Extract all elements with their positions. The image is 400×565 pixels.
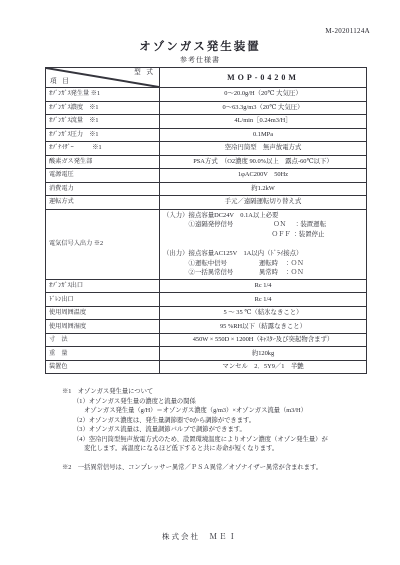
note1-heading: ※1 オゾンガス発生量について [62, 387, 372, 397]
note1-formula: オゾンガス発生量（g/H）＝オゾンガス濃度（g/m3）×オゾンガス流量（m3/H… [62, 406, 372, 416]
table-row: 使用周囲温度 5 ～ 35 ℃（結氷なきこと） [46, 306, 367, 320]
table-row: ｵｿﾞﾝｶﾞｽ濃度 ※1 0～63.3g/m3（20℃ 大気圧） [46, 101, 367, 115]
footnotes: ※1 オゾンガス発生量について （1）オゾンガス発生量の濃度と流量の関係 オゾン… [62, 387, 372, 473]
row-label: 消費電力 [46, 182, 160, 196]
page-subtitle: 参考仕様書 [0, 55, 400, 65]
table-row: 装置色 マンセル 2．5Y9／1 半艶 [46, 360, 367, 374]
note1-item4-line1: （4）空冷円筒型無声放電方式のため、設置環境温度によりオゾン濃度（オゾン発生量）… [62, 435, 372, 445]
row-value: マンセル 2．5Y9／1 半艶 [160, 360, 367, 374]
table-row: 寸 法 450W × 550D × 1200H（ｷｬｽﾀｰ及び突起物含まず） [46, 333, 367, 347]
spec-table: 型 式 項 目 MOP-0420M ｵｿﾞﾝｶﾞｽ発生量 ※1 0～20.0g/… [45, 67, 367, 374]
row-value: 450W × 550D × 1200H（ｷｬｽﾀｰ及び突起物含まず） [160, 333, 367, 347]
table-row: 電源電圧 1φAC200V 50Hz [46, 169, 367, 183]
model-number: MOP-0420M [160, 68, 367, 88]
table-row: ｵｿﾞﾝｶﾞｽ発生量 ※1 0～20.0g/H（20℃ 大気圧） [46, 88, 367, 102]
row-value: 約1.2kW [160, 182, 367, 196]
page-title: オゾンガス発生装置 [0, 38, 400, 54]
spec-sheet-page: M-20201124A オゾンガス発生装置 参考仕様書 型 式 項 目 MOP-… [0, 0, 400, 565]
table-row: ﾄﾞﾚﾝ出口 Rc 1/4 [46, 293, 367, 307]
row-label: 電源電圧 [46, 169, 160, 183]
signal-io-details: （入力）接点容量DC24V 0.1A以上必要 ①遠隔発停信号 ＯＮ ：装置運転 … [160, 209, 367, 279]
table-row: ｵｿﾞﾝｶﾞｽ出口 Rc 1/4 [46, 279, 367, 293]
table-row: 運転方式 手元／遠隔運転切り替え式 [46, 196, 367, 210]
corner-header-cell: 型 式 項 目 [46, 68, 160, 88]
row-label: 使用周囲温度 [46, 306, 160, 320]
row-label: ｵｿﾞﾝｶﾞｽ圧力 ※1 [46, 128, 160, 142]
corner-label-item: 項 目 [50, 78, 71, 86]
row-value: 0～20.0g/H（20℃ 大気圧） [160, 88, 367, 102]
row-value: 1φAC200V 50Hz [160, 169, 367, 183]
row-value: 4L/min［0.24m3/H］ [160, 115, 367, 129]
company-name: 株式会社 ＭＥＩ [0, 531, 400, 542]
table-row-signal-io: 電気信号入出力 ※2 （入力）接点容量DC24V 0.1A以上必要 ①遠隔発停信… [46, 209, 367, 279]
row-value: Rc 1/4 [160, 279, 367, 293]
row-value: PSA方式 （O2濃度 90.0%以上 露点-60℃以下） [160, 155, 367, 169]
row-value: 0.1MPa [160, 128, 367, 142]
note1-item4-line2: 変化します。高温度になるほど低下すると共に寿命が短くなります。 [62, 444, 372, 454]
row-value: Rc 1/4 [160, 293, 367, 307]
table-row: ｵｿﾞﾝｶﾞｽ圧力 ※1 0.1MPa [46, 128, 367, 142]
row-label: ｵｿﾞﾝｶﾞｽ出口 [46, 279, 160, 293]
table-row: 消費電力 約1.2kW [46, 182, 367, 196]
corner-label-model: 型 式 [134, 69, 155, 77]
table-row: 使用周囲湿度 95 %RH以下（結露なきこと） [46, 320, 367, 334]
row-label: 電気信号入出力 ※2 [46, 209, 160, 279]
row-value: 約120kg [160, 347, 367, 361]
document-number: M-20201124A [325, 27, 370, 35]
note1-item2: （2）オゾンガス濃度は、発生量調節器で0から調節ができます。 [62, 416, 372, 426]
row-label: 使用周囲湿度 [46, 320, 160, 334]
note1-item3: （3）オゾンガス流量は、流量調節バルブで調節ができます。 [62, 425, 372, 435]
table-header-row: 型 式 項 目 MOP-0420M [46, 68, 367, 88]
table-row: ｵｿﾞﾅｲｻﾞｰ ※1 空冷円筒型 無声放電方式 [46, 142, 367, 156]
table-row: 酸素ガス発生部 PSA方式 （O2濃度 90.0%以上 露点-60℃以下） [46, 155, 367, 169]
row-label: 装置色 [46, 360, 160, 374]
row-value: 5 ～ 35 ℃（結氷なきこと） [160, 306, 367, 320]
note1-item1: （1）オゾンガス発生量の濃度と流量の関係 [62, 397, 372, 407]
row-value: 0～63.3g/m3（20℃ 大気圧） [160, 101, 367, 115]
row-label: ｵｿﾞﾝｶﾞｽ流量 ※1 [46, 115, 160, 129]
row-label: ｵｿﾞﾝｶﾞｽ濃度 ※1 [46, 101, 160, 115]
table-row: ｵｿﾞﾝｶﾞｽ流量 ※1 4L/min［0.24m3/H］ [46, 115, 367, 129]
row-label: 酸素ガス発生部 [46, 155, 160, 169]
row-label: ｵｿﾞﾝｶﾞｽ発生量 ※1 [46, 88, 160, 102]
row-label: 寸 法 [46, 333, 160, 347]
row-label: ｵｿﾞﾅｲｻﾞｰ ※1 [46, 142, 160, 156]
row-label: 重 量 [46, 347, 160, 361]
note2: ※2 一括異常信号は、コンプレッサー異常／ＰＳＡ異常／オゾナイザー異常が含まれま… [62, 463, 372, 473]
row-value: 95 %RH以下（結露なきこと） [160, 320, 367, 334]
row-value: 空冷円筒型 無声放電方式 [160, 142, 367, 156]
row-label: ﾄﾞﾚﾝ出口 [46, 293, 160, 307]
table-row: 重 量 約120kg [46, 347, 367, 361]
row-label: 運転方式 [46, 196, 160, 210]
row-value: 手元／遠隔運転切り替え式 [160, 196, 367, 210]
